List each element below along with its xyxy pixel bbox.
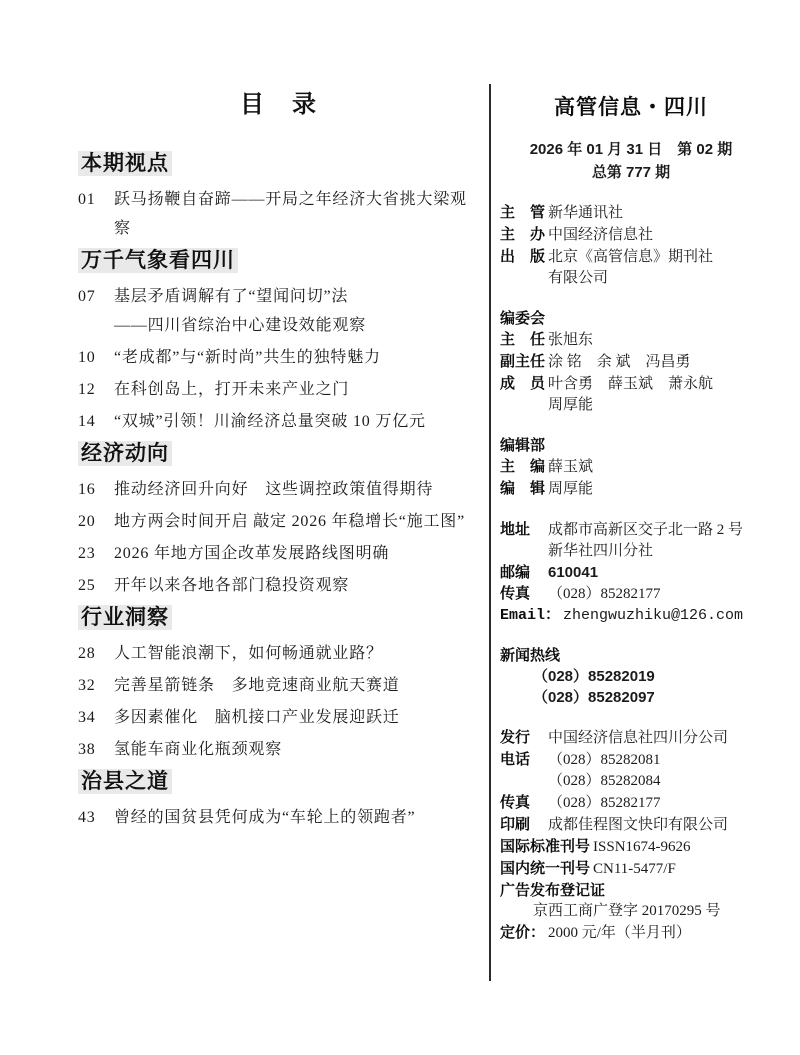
masthead-row-label: 主 编 — [500, 456, 545, 477]
masthead-row-value: 新华通讯社 — [548, 203, 623, 224]
toc-entry-lines: “双城”引领！川渝经济总量突破 10 万亿元 — [114, 407, 480, 436]
toc-entry: 07 基层矛盾调解有了“望闻问切”法 ——四川省综治中心建设效能观察 — [78, 282, 480, 340]
toc-entry-lines: 在科创岛上，打开未来产业之门 — [114, 375, 480, 404]
masthead-row: 主 办 中国经济信息社 — [500, 224, 762, 246]
toc-entry-lines: 地方两会时间开启 敲定 2026 年稳增长“施工图” — [114, 507, 480, 536]
masthead-row-value: 610041 — [548, 562, 598, 583]
masthead-row: 传真 （028）85282177 — [500, 792, 762, 814]
toc-entry-page-number: 43 — [78, 803, 110, 832]
toc-entry-title-line: 开年以来各地各部门稳投资观察 — [114, 571, 480, 600]
toc-entry-page-number: 16 — [78, 475, 110, 504]
masthead-info-group: 发行 中国经济信息社四川分公司 电话 （028）85282081 — [500, 727, 762, 944]
masthead-row: 出 版 北京《高管信息》期刊社 — [500, 246, 762, 268]
masthead-row-label: 主 任 — [500, 329, 545, 350]
toc-entry-title-line: “双城”引领！川渝经济总量突破 10 万亿元 — [114, 407, 480, 436]
masthead-info-group: 编辑部 主 编 薛玉斌 编 辑 周厚能 — [500, 435, 762, 500]
toc-entry-title-line: 多因素催化 脑机接口产业发展迎跃迁 — [114, 703, 480, 732]
toc-section-header: 经济动向 — [78, 439, 480, 469]
masthead-info-group: 编委会 主 任 张旭东 副主任 涂 铭 余 斌 冯昌勇 — [500, 308, 762, 416]
masthead-row-label: 印刷 — [500, 814, 545, 835]
masthead-row-label: 国际标准刊号 — [500, 836, 590, 857]
masthead-info-group: 新闻热线 （028）85282019 （028）8528209 — [500, 645, 762, 708]
masthead-row-label: 主 办 — [500, 224, 545, 245]
toc-section-header-label: 行业洞察 — [78, 605, 172, 630]
masthead-row: 印刷 成都佳程图文快印有限公司 — [500, 814, 762, 836]
masthead-row-label: Email： — [500, 605, 560, 626]
toc-entry-lines: 开年以来各地各部门稳投资观察 — [114, 571, 480, 600]
masthead-row-value: 成都佳程图文快印有限公司 — [548, 815, 728, 836]
masthead-row-label: 主 管 — [500, 202, 545, 223]
masthead-row: 国内统一刊号 CN11-5477/F — [500, 858, 762, 880]
toc-title: 目 录 — [78, 90, 480, 120]
toc-entry: 20 地方两会时间开启 敲定 2026 年稳增长“施工图” — [78, 507, 480, 536]
masthead-row: 成 员 叶含勇 薛玉斌 萧永航 — [500, 373, 762, 395]
masthead-row-value: （028）85282081 — [548, 750, 661, 771]
toc-section: 本期视点 01 跃马扬鞭自奋蹄——开局之年经济大省挑大梁观察 — [78, 149, 480, 243]
masthead-panel: 高管信息・四川 2026 年 01 月 31 日 第 02 期 总第 777 期… — [500, 93, 762, 944]
toc-entry: 10 “老成都”与“新时尚”共生的独特魅力 — [78, 343, 480, 372]
toc-entry-page-number: 10 — [78, 343, 110, 372]
toc-body: 本期视点 01 跃马扬鞭自奋蹄——开局之年经济大省挑大梁观察 — [78, 149, 480, 832]
masthead-row-label: 地址 — [500, 519, 545, 540]
masthead-row-value: 张旭东 — [548, 330, 593, 351]
masthead-row-label: 国内统一刊号 — [500, 858, 590, 879]
toc-section-header: 万千气象看四川 — [78, 246, 480, 276]
toc-entry-page-number: 34 — [78, 703, 110, 732]
toc-section: 行业洞察 28 人工智能浪潮下，如何畅通就业路？ — [78, 603, 480, 764]
masthead-row-value: 周厚能 — [548, 395, 593, 416]
publication-title: 高管信息・四川 — [500, 93, 762, 123]
toc-entry-page-number: 25 — [78, 571, 110, 600]
toc-entry: 25 开年以来各地各部门稳投资观察 — [78, 571, 480, 600]
toc-entry-title-line: “老成都”与“新时尚”共生的独特魅力 — [114, 343, 480, 372]
masthead-row-value: 中国经济信息社四川分公司 — [548, 728, 728, 749]
masthead-row-value: （028）85282019 — [533, 666, 655, 687]
toc-entry-lines: 曾经的国贫县凭何成为“车轮上的领跑者” — [114, 803, 480, 832]
masthead-row-label: 传真 — [500, 792, 545, 813]
masthead-row: 电话 （028）85282081 — [500, 749, 762, 771]
masthead-row-label: 定价： — [500, 922, 545, 943]
masthead-row: 京西工商广登字 20170295 号 — [500, 901, 762, 922]
toc-entry-title-line: 人工智能浪潮下，如何畅通就业路？ — [114, 639, 480, 668]
toc-entry-page-number: 28 — [78, 639, 110, 668]
masthead-row: 发行 中国经济信息社四川分公司 — [500, 727, 762, 749]
toc-section-header: 行业洞察 — [78, 603, 480, 633]
toc-section-header-label: 本期视点 — [78, 151, 172, 176]
toc-entry-lines: 推动经济回升向好 这些调控政策值得期待 — [114, 475, 480, 504]
toc-entry: 43 曾经的国贫县凭何成为“车轮上的领跑者” — [78, 803, 480, 832]
masthead-rows: 编辑部 主 编 薛玉斌 编 辑 周厚能 — [500, 435, 762, 500]
toc-entry-lines: 人工智能浪潮下，如何畅通就业路？ — [114, 639, 480, 668]
toc-entry-title-line: ——四川省综治中心建设效能观察 — [114, 311, 480, 340]
toc-entry-title-line: 2026 年地方国企改革发展路线图明确 — [114, 539, 480, 568]
masthead-row-value: 叶含勇 薛玉斌 萧永航 — [548, 374, 713, 395]
toc-entry-lines: 2026 年地方国企改革发展路线图明确 — [114, 539, 480, 568]
toc-entry: 23 2026 年地方国企改革发展路线图明确 — [78, 539, 480, 568]
masthead-rows: 地址 成都市高新区交子北一路 2 号 新华社四川分社 邮编 610 — [500, 519, 762, 626]
masthead-row: （028）85282084 — [500, 771, 762, 792]
masthead-row-value: 薛玉斌 — [548, 457, 593, 478]
masthead-row: 国际标准刊号 ISSN1674-9626 — [500, 836, 762, 858]
toc-section-header-label: 经济动向 — [78, 441, 172, 466]
toc-entry-lines: 基层矛盾调解有了“望闻问切”法 ——四川省综治中心建设效能观察 — [114, 282, 480, 340]
masthead-row-value: 2000 元/年（半月刊） — [548, 923, 691, 944]
masthead-row: 主 编 薛玉斌 — [500, 456, 762, 478]
toc-entry: 14 “双城”引领！川渝经济总量突破 10 万亿元 — [78, 407, 480, 436]
toc-section-header-label: 治县之道 — [78, 769, 172, 794]
toc-section-entries: 07 基层矛盾调解有了“望闻问切”法 ——四川省综治中心建设效能观察 — [78, 282, 480, 436]
masthead-row-label: 电话 — [500, 749, 545, 770]
masthead-rows: 主 管 新华通讯社 主 办 中国经济信息社 出 版 北京《高管信息》 — [500, 202, 762, 289]
masthead-rows: 编委会 主 任 张旭东 副主任 涂 铭 余 斌 冯昌勇 — [500, 308, 762, 416]
masthead-row: 主 任 张旭东 — [500, 329, 762, 351]
masthead-row-label: 新闻热线 — [500, 645, 560, 666]
toc-section: 治县之道 43 曾经的国贫县凭何成为“车轮上的领跑者” — [78, 767, 480, 832]
masthead-row-value: （028）85282084 — [548, 771, 661, 792]
masthead-row-label: 传真 — [500, 583, 545, 604]
masthead-row-value: （028）85282177 — [548, 584, 661, 605]
toc-entry-lines: 完善星箭链条 多地竞速商业航天赛道 — [114, 671, 480, 700]
toc-entry: 34 多因素催化 脑机接口产业发展迎跃迁 — [78, 703, 480, 732]
toc-entry: 12 在科创岛上，打开未来产业之门 — [78, 375, 480, 404]
masthead-row: 有限公司 — [500, 268, 762, 289]
masthead-row: 广告发布登记证 — [500, 880, 762, 901]
toc-entry-title-line: 氢能车商业化瓶颈观察 — [114, 735, 480, 764]
masthead-row-value: （028）85282097 — [533, 687, 655, 708]
masthead-rows: 新闻热线 （028）85282019 （028）8528209 — [500, 645, 762, 708]
masthead-row-value: （028）85282177 — [548, 793, 661, 814]
masthead-row-value: 新华社四川分社 — [548, 541, 653, 562]
toc-section: 万千气象看四川 07 基层矛盾调解有了“望闻问切”法 — [78, 246, 480, 436]
masthead-row-value: 京西工商广登字 20170295 号 — [533, 901, 721, 922]
masthead-row: 编辑部 — [500, 435, 762, 456]
issue-date-line: 2026 年 01 月 31 日 第 02 期 — [500, 140, 762, 160]
masthead-info-groups: 主 管 新华通讯社 主 办 中国经济信息社 出 版 北京《高管信息》 — [500, 202, 762, 944]
toc-entry-page-number: 12 — [78, 375, 110, 404]
toc-entry-page-number: 14 — [78, 407, 110, 436]
masthead-row: 邮编 610041 — [500, 562, 762, 583]
masthead-row-label: 编 辑 — [500, 478, 545, 499]
masthead-row: 编委会 — [500, 308, 762, 329]
toc-section-header: 治县之道 — [78, 767, 480, 797]
toc-entry-lines: 跃马扬鞭自奋蹄——开局之年经济大省挑大梁观察 — [114, 185, 480, 243]
toc-entry-title-line: 在科创岛上，打开未来产业之门 — [114, 375, 480, 404]
masthead-row-label: 成 员 — [500, 373, 545, 394]
masthead-row-label: 编辑部 — [500, 435, 545, 456]
masthead-row: 主 管 新华通讯社 — [500, 202, 762, 224]
toc-entry-title-line: 完善星箭链条 多地竞速商业航天赛道 — [114, 671, 480, 700]
masthead-row-label: 出 版 — [500, 246, 545, 267]
masthead-row-value: ISSN1674-9626 — [593, 837, 691, 858]
masthead-row-value: 成都市高新区交子北一路 2 号 — [548, 520, 743, 541]
masthead-row-label: 邮编 — [500, 562, 545, 583]
masthead-row-value: 有限公司 — [548, 268, 608, 289]
column-divider-rule — [489, 84, 491, 981]
toc-entry-page-number: 01 — [78, 185, 110, 214]
magazine-contents-page: 目 录 本期视点 01 跃马扬鞭自奋蹄——开局之年 — [0, 0, 800, 1055]
masthead-row-value: zhengwuzhiku@126.com — [563, 605, 743, 626]
masthead-row: （028）85282097 — [500, 687, 762, 708]
toc-entry-page-number: 20 — [78, 507, 110, 536]
masthead-row-label: 广告发布登记证 — [500, 880, 605, 901]
toc-entry: 01 跃马扬鞭自奋蹄——开局之年经济大省挑大梁观察 — [78, 185, 480, 243]
masthead-row: 周厚能 — [500, 395, 762, 416]
masthead-row: Email： zhengwuzhiku@126.com — [500, 605, 762, 626]
masthead-row-label: 编委会 — [500, 308, 545, 329]
toc-entry: 28 人工智能浪潮下，如何畅通就业路？ — [78, 639, 480, 668]
masthead-row-value: CN11-5477/F — [593, 859, 676, 880]
toc-entry-title-line: 地方两会时间开启 敲定 2026 年稳增长“施工图” — [114, 507, 480, 536]
masthead-row-value: 中国经济信息社 — [548, 225, 653, 246]
toc-section-entries: 28 人工智能浪潮下，如何畅通就业路？ 32 — [78, 639, 480, 764]
toc-entry-lines: 氢能车商业化瓶颈观察 — [114, 735, 480, 764]
toc-entry-lines: 多因素催化 脑机接口产业发展迎跃迁 — [114, 703, 480, 732]
toc-section: 经济动向 16 推动经济回升向好 这些调控政策值得期待 — [78, 439, 480, 600]
masthead-info-group: 地址 成都市高新区交子北一路 2 号 新华社四川分社 邮编 610 — [500, 519, 762, 626]
toc-entry-title-line: 基层矛盾调解有了“望闻问切”法 — [114, 282, 480, 311]
masthead-row: 副主任 涂 铭 余 斌 冯昌勇 — [500, 351, 762, 373]
table-of-contents: 目 录 本期视点 01 跃马扬鞭自奋蹄——开局之年 — [78, 90, 480, 835]
masthead-row-value: 周厚能 — [548, 479, 593, 500]
masthead-row-value: 北京《高管信息》期刊社 — [548, 247, 713, 268]
toc-entry-page-number: 07 — [78, 282, 110, 311]
toc-section-entries: 16 推动经济回升向好 这些调控政策值得期待 20 — [78, 475, 480, 600]
masthead-row-value: 涂 铭 余 斌 冯昌勇 — [548, 352, 691, 373]
toc-entry-title-line: 推动经济回升向好 这些调控政策值得期待 — [114, 475, 480, 504]
masthead-row: 编 辑 周厚能 — [500, 478, 762, 500]
masthead-row: 地址 成都市高新区交子北一路 2 号 — [500, 519, 762, 541]
masthead-row: 传真 （028）85282177 — [500, 583, 762, 605]
toc-entry-lines: “老成都”与“新时尚”共生的独特魅力 — [114, 343, 480, 372]
toc-entry: 38 氢能车商业化瓶颈观察 — [78, 735, 480, 764]
toc-section-entries: 43 曾经的国贫县凭何成为“车轮上的领跑者” — [78, 803, 480, 832]
toc-section-header-label: 万千气象看四川 — [78, 248, 238, 273]
cumulative-issue-line: 总第 777 期 — [500, 163, 762, 183]
masthead-row: 新闻热线 — [500, 645, 762, 666]
masthead-row: （028）85282019 — [500, 666, 762, 687]
toc-entry-page-number: 23 — [78, 539, 110, 568]
toc-entry-page-number: 38 — [78, 735, 110, 764]
toc-entry: 16 推动经济回升向好 这些调控政策值得期待 — [78, 475, 480, 504]
masthead-row: 定价： 2000 元/年（半月刊） — [500, 922, 762, 944]
toc-entry-page-number: 32 — [78, 671, 110, 700]
masthead-rows: 发行 中国经济信息社四川分公司 电话 （028）85282081 — [500, 727, 762, 944]
toc-entry-title-line: 曾经的国贫县凭何成为“车轮上的领跑者” — [114, 803, 480, 832]
toc-section-header: 本期视点 — [78, 149, 480, 179]
masthead-info-group: 主 管 新华通讯社 主 办 中国经济信息社 出 版 北京《高管信息》 — [500, 202, 762, 289]
masthead-row-label: 副主任 — [500, 351, 545, 372]
masthead-row-label: 发行 — [500, 727, 545, 748]
toc-section-entries: 01 跃马扬鞭自奋蹄——开局之年经济大省挑大梁观察 — [78, 185, 480, 243]
masthead-row: 新华社四川分社 — [500, 541, 762, 562]
toc-entry: 32 完善星箭链条 多地竞速商业航天赛道 — [78, 671, 480, 700]
toc-entry-title-line: 跃马扬鞭自奋蹄——开局之年经济大省挑大梁观察 — [114, 185, 480, 243]
